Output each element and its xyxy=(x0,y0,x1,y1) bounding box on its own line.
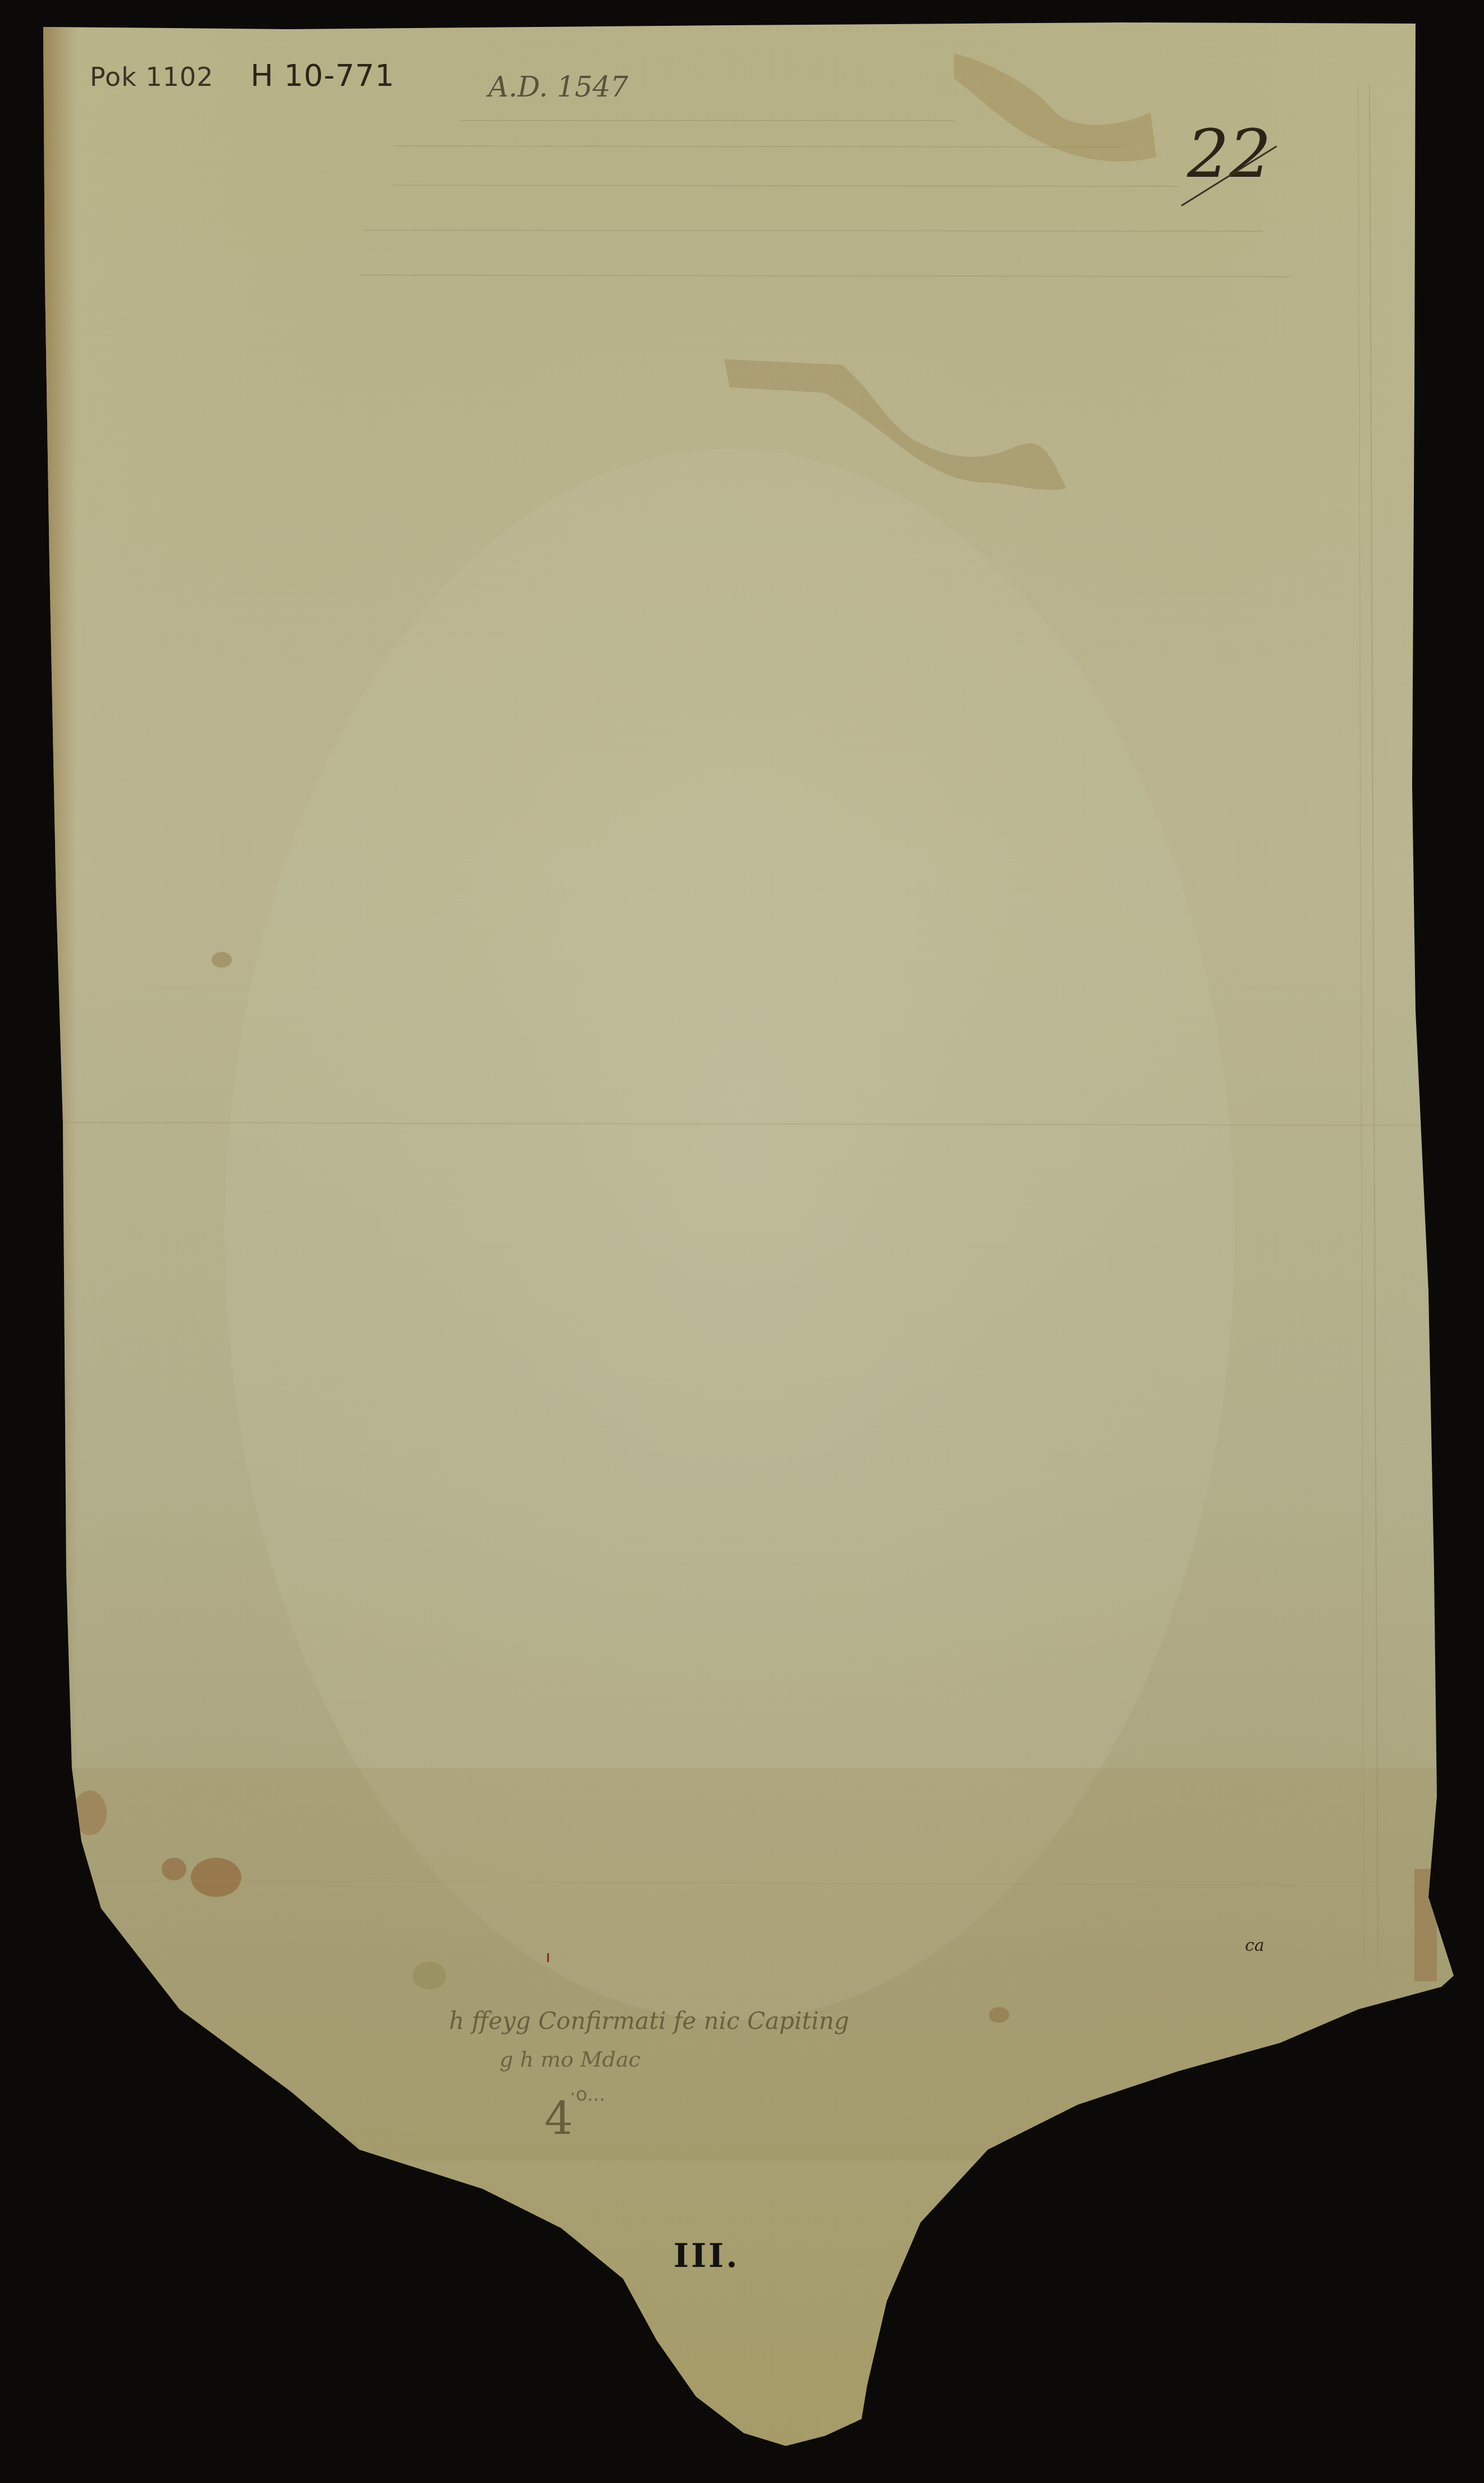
shelfmark-right: H 10-771 xyxy=(250,58,395,93)
document-viewer: Pok 1102 H 10-771 A.D. 1547 22 h ffeyg C… xyxy=(0,0,1484,2483)
shelfmark-left: Pok 1102 xyxy=(90,62,214,92)
parchment-sheet xyxy=(0,0,1484,2483)
endorsement-line-3: ·o... xyxy=(570,2085,605,2104)
endorsement-numeral: 4 xyxy=(544,2096,573,2141)
endorsement-line-2: g h mo Mdac xyxy=(500,2049,640,2070)
margin-mark: ca xyxy=(1245,1937,1265,1954)
folio-number: 22 xyxy=(1187,121,1271,187)
roman-numeral: III. xyxy=(674,2239,740,2272)
shelfmark-annotation: Pok 1102 H 10-771 xyxy=(90,61,395,91)
date-annotation: A.D. 1547 xyxy=(488,73,628,101)
endorsement-line-1: h ffeyg Confirmati fe nic Capiting xyxy=(449,2009,849,2033)
